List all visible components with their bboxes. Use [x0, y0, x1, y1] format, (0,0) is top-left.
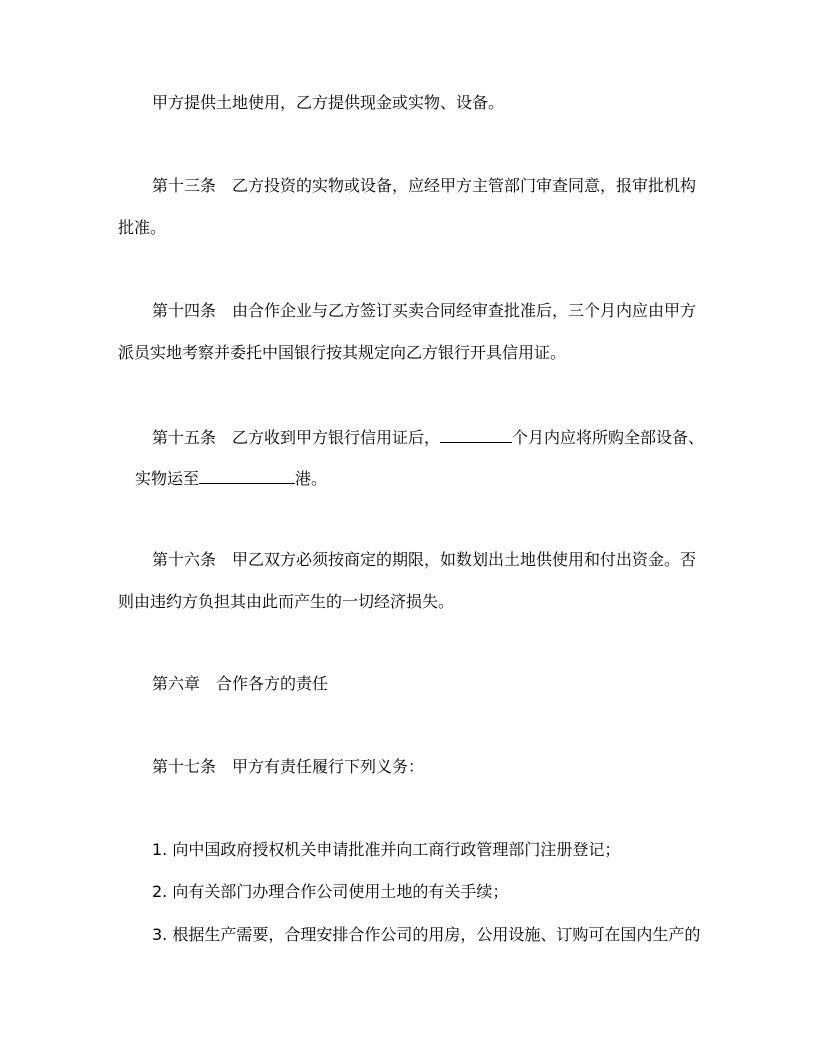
article-label: 第十七条: [152, 757, 216, 776]
article-text: 派员实地考察并委托中国银行按其规定向乙方银行开具信用证。: [118, 343, 566, 362]
months-blank-field[interactable]: [440, 426, 512, 443]
article-14-line-1: 第十四条由合作企业与乙方签订买卖合同经审查批准后，三个月内应由甲方: [152, 301, 696, 321]
port-blank-field[interactable]: [199, 467, 295, 484]
article-text: 实物运至: [135, 469, 199, 488]
article-label: 第十四条: [152, 301, 216, 320]
article-label: 第十六条: [152, 550, 216, 569]
article-17-line-1: 第十七条甲方有责任履行下列义务：: [152, 757, 424, 777]
article-text: 乙方收到甲方银行信用证后，: [232, 428, 440, 447]
article-text: 个月内应将所购全部设备、: [512, 428, 704, 447]
article-15-line-1: 第十五条乙方收到甲方银行信用证后，个月内应将所购全部设备、: [152, 426, 704, 448]
article-13-line-2: 批准。: [118, 218, 166, 238]
article-label: 第十三条: [152, 176, 216, 195]
list-item: 3. 根据生产需要，合理安排合作公司的用房，公用设施、订购可在国内生产的: [152, 925, 700, 945]
list-item: 1. 向中国政府授权机关申请批准并向工商行政管理部门注册登记；: [152, 840, 620, 860]
list-item-text: 2. 向有关部门办理合作公司使用土地的有关手续；: [152, 882, 508, 901]
article-text: 乙方投资的实物或设备，应经甲方主管部门审查同意，报审批机构: [232, 176, 696, 195]
article-14-line-2: 派员实地考察并委托中国银行按其规定向乙方银行开具信用证。: [118, 343, 566, 363]
article-text: 批准。: [118, 218, 166, 237]
article-text: 则由违约方负担其由此而产生的一切经济损失。: [118, 592, 454, 611]
article-text: 港。: [295, 469, 327, 488]
article-text: 甲乙双方必须按商定的期限，如数划出土地供使用和付出资金。否: [232, 550, 696, 569]
article-16-line-2: 则由违约方负担其由此而产生的一切经济损失。: [118, 592, 454, 612]
article-15-line-2: 实物运至港。: [135, 467, 327, 489]
list-item-text: 3. 根据生产需要，合理安排合作公司的用房，公用设施、订购可在国内生产的: [152, 925, 700, 944]
article-text: 由合作企业与乙方签订买卖合同经审查批准后，三个月内应由甲方: [232, 301, 696, 320]
paragraph-intro: 甲方提供土地使用，乙方提供现金或实物、设备。: [152, 93, 504, 113]
chapter-label: 第六章: [152, 674, 200, 693]
chapter-title: 合作各方的责任: [216, 674, 328, 693]
list-item: 2. 向有关部门办理合作公司使用土地的有关手续；: [152, 882, 508, 902]
chapter-6-heading: 第六章合作各方的责任: [152, 674, 328, 694]
list-item-text: 1. 向中国政府授权机关申请批准并向工商行政管理部门注册登记；: [152, 840, 620, 859]
paragraph-text: 甲方提供土地使用，乙方提供现金或实物、设备。: [152, 93, 504, 112]
article-13-line-1: 第十三条乙方投资的实物或设备，应经甲方主管部门审查同意，报审批机构: [152, 176, 696, 196]
article-text: 甲方有责任履行下列义务：: [232, 757, 424, 776]
article-label: 第十五条: [152, 428, 216, 447]
article-16-line-1: 第十六条甲乙双方必须按商定的期限，如数划出土地供使用和付出资金。否: [152, 550, 696, 570]
